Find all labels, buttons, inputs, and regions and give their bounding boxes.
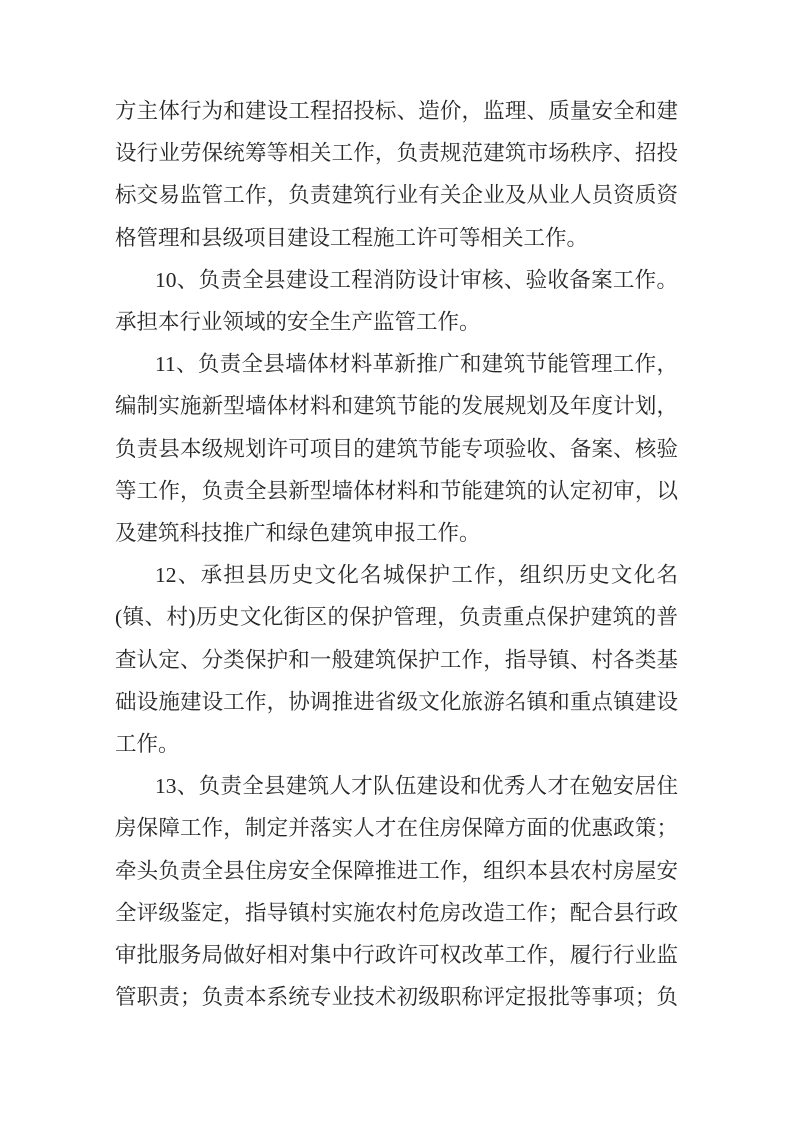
text-line: 标交易监管工作，负责建筑行业有关企业及从业人员资质资 xyxy=(115,174,678,216)
paragraph-item-10: 10、负责全县建设工程消防设计审核、验收备案工作。 承担本行业领域的安全生产监管… xyxy=(115,259,678,343)
text-line: 管职责；负责本系统专业技术初级职称评定报批等事项；负 xyxy=(115,976,678,1018)
text-line: 编制实施新型墙体材料和建筑节能的发展规划及年度计划， xyxy=(115,385,678,427)
text-line: 格管理和县级项目建设工程施工许可等相关工作。 xyxy=(115,217,678,259)
text-line: 及建筑科技推广和绿色建筑申报工作。 xyxy=(115,512,678,554)
text-line: 审批服务局做好相对集中行政许可权改革工作，履行行业监 xyxy=(115,934,678,976)
paragraph-item-13: 13、负责全县建筑人才队伍建设和优秀人才在勉安居住 房保障工作，制定并落实人才在… xyxy=(115,765,678,1018)
text-line: 11、负责全县墙体材料革新推广和建筑节能管理工作， xyxy=(115,343,678,385)
text-line: 房保障工作，制定并落实人才在住房保障方面的优惠政策； xyxy=(115,807,678,849)
text-line: 12、承担县历史文化名城保护工作，组织历史文化名 xyxy=(115,554,678,596)
paragraph-item-11: 11、负责全县墙体材料革新推广和建筑节能管理工作， 编制实施新型墙体材料和建筑节… xyxy=(115,343,678,554)
text-line: 方主体行为和建设工程招投标、造价，监理、质量安全和建 xyxy=(115,90,678,132)
text-line: 牵头负责全县住房安全保障推进工作，组织本县农村房屋安 xyxy=(115,850,678,892)
text-line: (镇、村)历史文化街区的保护管理，负责重点保护建筑的普 xyxy=(115,596,678,638)
text-line: 负责县本级规划许可项目的建筑节能专项验收、备案、核验 xyxy=(115,428,678,470)
text-line: 等工作，负责全县新型墙体材料和节能建筑的认定初审，以 xyxy=(115,470,678,512)
document-body: 方主体行为和建设工程招投标、造价，监理、质量安全和建 设行业劳保统筹等相关工作，… xyxy=(115,90,678,1018)
text-line: 查认定、分类保护和一般建筑保护工作，指导镇、村各类基 xyxy=(115,639,678,681)
text-line: 10、负责全县建设工程消防设计审核、验收备案工作。 xyxy=(115,259,678,301)
paragraph-continuation: 方主体行为和建设工程招投标、造价，监理、质量安全和建 设行业劳保统筹等相关工作，… xyxy=(115,90,678,259)
text-line: 设行业劳保统筹等相关工作，负责规范建筑市场秩序、招投 xyxy=(115,132,678,174)
document-page: 方主体行为和建设工程招投标、造价，监理、质量安全和建 设行业劳保统筹等相关工作，… xyxy=(0,0,793,1122)
text-line: 全评级鉴定，指导镇村实施农村危房改造工作；配合县行政 xyxy=(115,892,678,934)
paragraph-item-12: 12、承担县历史文化名城保护工作，组织历史文化名 (镇、村)历史文化街区的保护管… xyxy=(115,554,678,765)
text-line: 13、负责全县建筑人才队伍建设和优秀人才在勉安居住 xyxy=(115,765,678,807)
text-line: 承担本行业领域的安全生产监管工作。 xyxy=(115,301,678,343)
text-line: 工作。 xyxy=(115,723,678,765)
text-line: 础设施建设工作，协调推进省级文化旅游名镇和重点镇建设 xyxy=(115,681,678,723)
